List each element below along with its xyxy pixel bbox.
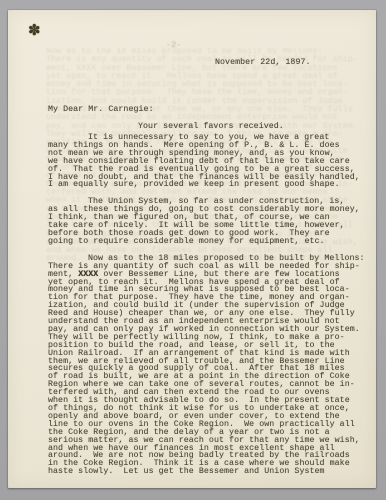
scan-background: Now as to the 18 miles proposed to be bu… [0, 0, 386, 500]
overstruck-text: XXXX [78, 270, 98, 279]
salutation: My Dear Mr. Carnegie: [48, 106, 154, 114]
paragraph: Now as to the 18 miles proposed to be bu… [48, 255, 366, 476]
date-line: November 22d, 1897. [215, 59, 311, 67]
bleed-through-page-number: -2- [166, 42, 181, 50]
punch-mark-icon: ✽ [28, 23, 41, 38]
paragraph: It is unnecessary to say to you, we have… [48, 134, 366, 189]
opening-line: Your several favors received. [138, 123, 284, 131]
letter-page: Now as to the 18 miles proposed to be bu… [8, 10, 376, 488]
paragraph: The Union System, so far as under constr… [48, 198, 366, 245]
letter-body: It is unnecessary to say to you, we have… [48, 134, 366, 476]
